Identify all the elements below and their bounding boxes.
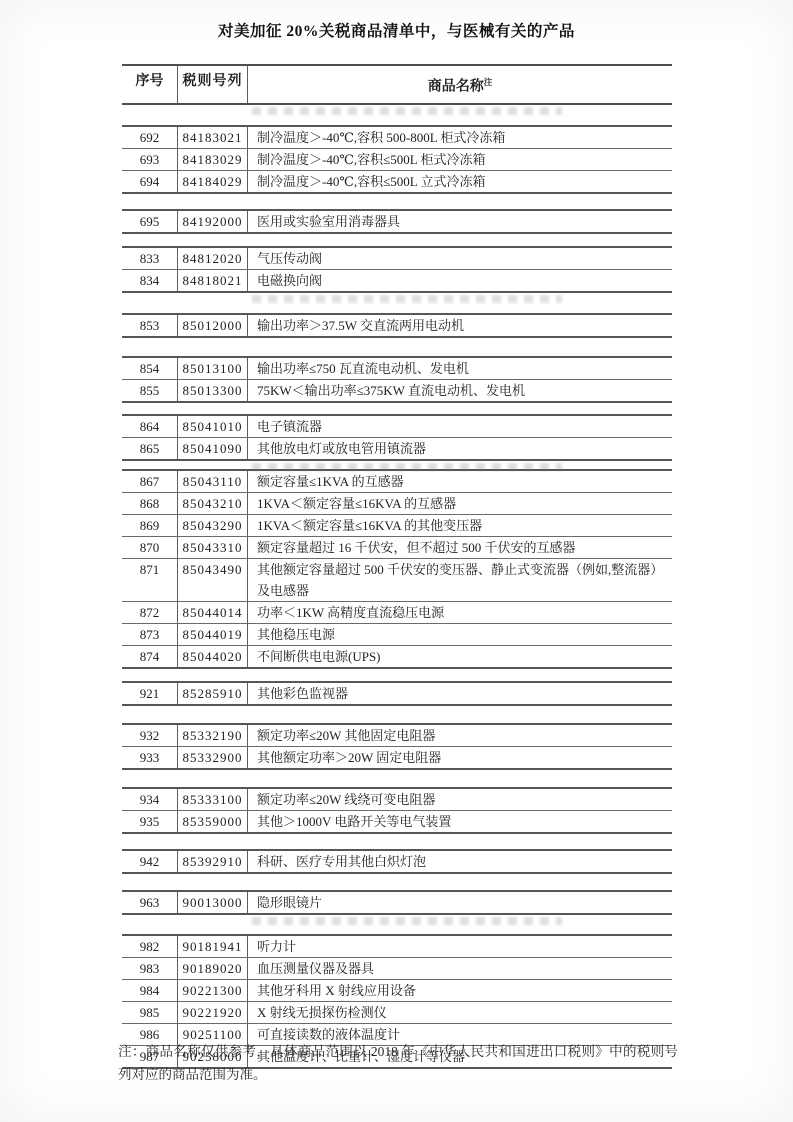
table-row: 85385012000输出功率＞37.5W 交直流两用电动机	[122, 315, 672, 336]
name-cell: 输出功率＞37.5W 交直流两用电动机	[248, 315, 672, 336]
seq-cell: 864	[122, 416, 178, 437]
code-cell: 90221920	[178, 1002, 248, 1023]
code-cell: 85333100	[178, 789, 248, 810]
seq-cell: 869	[122, 515, 178, 536]
faded-ghost-row	[252, 107, 562, 115]
footnote: 注：商品名称仅供参考，具体商品范围以 2018 年《中华人民共和国进出口税则》中…	[118, 1040, 678, 1086]
table-row: 86585041090其他放电灯或放电管用镇流器	[122, 437, 672, 459]
table-row: 94285392910科研、医疗专用其他白炽灯泡	[122, 851, 672, 872]
table-gap	[122, 105, 672, 125]
code-cell: 85043310	[178, 537, 248, 558]
table-row: 87385044019其他稳压电源	[122, 623, 672, 645]
name-cell: 不间断供电电源(UPS)	[248, 646, 672, 667]
table-gap	[122, 194, 672, 209]
table-row: 83484818021电磁换向阀	[122, 269, 672, 291]
seq-cell: 983	[122, 958, 178, 979]
seq-cell: 870	[122, 537, 178, 558]
name-cell: X 射线无损探伤检测仪	[248, 1002, 672, 1023]
name-cell: 其他＞1000V 电路开关等电气装置	[248, 811, 672, 832]
table-row: 69384183029制冷温度＞-40℃,容积≤500L 柜式冷冻箱	[122, 148, 672, 170]
header-name: 商品名称注	[248, 66, 672, 103]
code-cell: 85044019	[178, 624, 248, 645]
name-cell: 气压传动阀	[248, 248, 672, 269]
seq-cell: 934	[122, 789, 178, 810]
code-cell: 90013000	[178, 892, 248, 913]
table-gap	[122, 403, 672, 414]
table-row: 87185043490其他额定容量超过 500 千伏安的变压器、静止式变流器（例…	[122, 558, 672, 601]
name-cell: 电子镇流器	[248, 416, 672, 437]
table-row: 83384812020气压传动阀	[122, 248, 672, 269]
seq-cell: 833	[122, 248, 178, 269]
seq-cell: 692	[122, 127, 178, 148]
seq-cell: 963	[122, 892, 178, 913]
table-row: 87285044014功率＜1KW 高精度直流稳压电源	[122, 601, 672, 623]
faded-ghost-row	[252, 463, 562, 471]
code-cell: 85041010	[178, 416, 248, 437]
code-cell: 85044014	[178, 602, 248, 623]
table-block: 92185285910其他彩色监视器	[122, 681, 672, 706]
name-cell: 其他额定容量超过 500 千伏安的变压器、静止式变流器（例如,整流器）及电感器	[248, 559, 672, 601]
seq-cell: 874	[122, 646, 178, 667]
table-row: 98390189020血压测量仪器及器具	[122, 957, 672, 979]
seq-cell: 693	[122, 149, 178, 170]
table-header-row: 序号 税则号列 商品名称注	[122, 64, 672, 105]
name-cell: 制冷温度＞-40℃,容积 500-800L 柜式冷冻箱	[248, 127, 672, 148]
table-block: 69584192000医用或实验室用消毒器具	[122, 209, 672, 234]
table-row: 98490221300其他牙科用 X 射线应用设备	[122, 979, 672, 1001]
seq-cell: 695	[122, 211, 178, 232]
table-row: 868850432101KVA＜额定容量≤16KVA 的互感器	[122, 492, 672, 514]
table-row: 93285332190额定功率≤20W 其他固定电阻器	[122, 725, 672, 746]
table-gap	[122, 770, 672, 787]
header-seq: 序号	[122, 66, 178, 103]
table-row: 69284183021制冷温度＞-40℃,容积 500-800L 柜式冷冻箱	[122, 127, 672, 148]
code-cell: 85043290	[178, 515, 248, 536]
faded-ghost-row	[252, 295, 562, 303]
code-cell: 85332190	[178, 725, 248, 746]
seq-cell: 932	[122, 725, 178, 746]
code-cell: 85013100	[178, 358, 248, 379]
table-row: 98290181941听力计	[122, 936, 672, 957]
code-cell: 85043110	[178, 471, 248, 492]
code-cell: 90189020	[178, 958, 248, 979]
name-cell: 医用或实验室用消毒器具	[248, 211, 672, 232]
code-cell: 85012000	[178, 315, 248, 336]
seq-cell: 873	[122, 624, 178, 645]
table-row: 98590221920X 射线无损探伤检测仪	[122, 1001, 672, 1023]
table-block: 86785043110额定容量≤1KVA 的互感器868850432101KVA…	[122, 469, 672, 669]
seq-cell: 872	[122, 602, 178, 623]
table-block: 93285332190额定功率≤20W 其他固定电阻器93385332900其他…	[122, 723, 672, 770]
table-gap	[122, 234, 672, 246]
seq-cell: 854	[122, 358, 178, 379]
code-cell: 90221300	[178, 980, 248, 1001]
table-gap	[122, 293, 672, 313]
table-row: 87085043310额定容量超过 16 千伏安，但不超过 500 千伏安的互感…	[122, 536, 672, 558]
code-cell: 84183029	[178, 149, 248, 170]
code-cell: 90181941	[178, 936, 248, 957]
table-block: 94285392910科研、医疗专用其他白炽灯泡	[122, 849, 672, 874]
seq-cell: 871	[122, 559, 178, 601]
code-cell: 85359000	[178, 811, 248, 832]
seq-cell: 867	[122, 471, 178, 492]
faded-ghost-row	[252, 917, 562, 925]
table-gap	[122, 874, 672, 890]
seq-cell: 694	[122, 171, 178, 192]
page-title: 对美加征 20%关税商品清单中，与医械有关的产品	[0, 19, 793, 41]
name-cell: 血压测量仪器及器具	[248, 958, 672, 979]
code-cell: 84183021	[178, 127, 248, 148]
table-gap	[122, 461, 672, 469]
header-note-superscript: 注	[484, 77, 493, 87]
name-cell: 制冷温度＞-40℃,容积≤500L 柜式冷冻箱	[248, 149, 672, 170]
name-cell: 其他牙科用 X 射线应用设备	[248, 980, 672, 1001]
table-row: 8558501330075KW＜输出功率≤375KW 直流电动机、发电机	[122, 379, 672, 401]
table-gap	[122, 338, 672, 356]
table-block: 83384812020气压传动阀83484818021电磁换向阀	[122, 246, 672, 293]
table-row: 86785043110额定容量≤1KVA 的互感器	[122, 471, 672, 492]
table-row: 93585359000其他＞1000V 电路开关等电气装置	[122, 810, 672, 832]
table-block: 96390013000隐形眼镜片	[122, 890, 672, 915]
name-cell: 隐形眼镜片	[248, 892, 672, 913]
seq-cell: 921	[122, 683, 178, 704]
code-cell: 85392910	[178, 851, 248, 872]
seq-cell: 985	[122, 1002, 178, 1023]
table-block: 69284183021制冷温度＞-40℃,容积 500-800L 柜式冷冻箱69…	[122, 125, 672, 194]
table-row: 93385332900其他额定功率＞20W 固定电阻器	[122, 746, 672, 768]
code-cell: 84184029	[178, 171, 248, 192]
code-cell: 85044020	[178, 646, 248, 667]
seq-cell: 982	[122, 936, 178, 957]
name-cell: 电磁换向阀	[248, 270, 672, 291]
code-cell: 85013300	[178, 380, 248, 401]
table-gap	[122, 669, 672, 681]
table-block: 93485333100额定功率≤20W 线绕可变电阻器93585359000其他…	[122, 787, 672, 834]
table-block: 85485013100输出功率≤750 瓦直流电动机、发电机8558501330…	[122, 356, 672, 403]
table-row: 96390013000隐形眼镜片	[122, 892, 672, 913]
seq-cell: 942	[122, 851, 178, 872]
name-cell: 额定功率≤20W 线绕可变电阻器	[248, 789, 672, 810]
name-cell: 额定容量超过 16 千伏安，但不超过 500 千伏安的互感器	[248, 537, 672, 558]
name-cell: 额定功率≤20W 其他固定电阻器	[248, 725, 672, 746]
table-row: 92185285910其他彩色监视器	[122, 683, 672, 704]
name-cell: 其他额定功率＞20W 固定电阻器	[248, 747, 672, 768]
table-row: 93485333100额定功率≤20W 线绕可变电阻器	[122, 789, 672, 810]
code-cell: 85043490	[178, 559, 248, 601]
seq-cell: 865	[122, 438, 178, 459]
header-code: 税则号列	[178, 66, 248, 103]
table-row: 86485041010电子镇流器	[122, 416, 672, 437]
table-gap	[122, 834, 672, 849]
seq-cell: 933	[122, 747, 178, 768]
name-cell: 科研、医疗专用其他白炽灯泡	[248, 851, 672, 872]
code-cell: 84812020	[178, 248, 248, 269]
table-block: 85385012000输出功率＞37.5W 交直流两用电动机	[122, 313, 672, 338]
name-cell: 输出功率≤750 瓦直流电动机、发电机	[248, 358, 672, 379]
seq-cell: 834	[122, 270, 178, 291]
seq-cell: 853	[122, 315, 178, 336]
code-cell: 85041090	[178, 438, 248, 459]
table-row: 869850432901KVA＜额定容量≤16KVA 的其他变压器	[122, 514, 672, 536]
code-cell: 85285910	[178, 683, 248, 704]
name-cell: 75KW＜输出功率≤375KW 直流电动机、发电机	[248, 380, 672, 401]
seq-cell: 855	[122, 380, 178, 401]
code-cell: 85043210	[178, 493, 248, 514]
table-row: 69584192000医用或实验室用消毒器具	[122, 211, 672, 232]
name-cell: 制冷温度＞-40℃,容积≤500L 立式冷冻箱	[248, 171, 672, 192]
table-block: 86485041010电子镇流器86585041090其他放电灯或放电管用镇流器	[122, 414, 672, 461]
document-page: 对美加征 20%关税商品清单中，与医械有关的产品 序号 税则号列 商品名称注 6…	[0, 0, 793, 1122]
seq-cell: 984	[122, 980, 178, 1001]
name-cell: 其他稳压电源	[248, 624, 672, 645]
name-cell: 1KVA＜额定容量≤16KVA 的互感器	[248, 493, 672, 514]
tariff-table: 序号 税则号列 商品名称注 69284183021制冷温度＞-40℃,容积 50…	[122, 64, 672, 1069]
table-row: 69484184029制冷温度＞-40℃,容积≤500L 立式冷冻箱	[122, 170, 672, 192]
table-row: 87485044020不间断供电电源(UPS)	[122, 645, 672, 667]
name-cell: 其他彩色监视器	[248, 683, 672, 704]
header-name-label: 商品名称	[428, 80, 484, 95]
name-cell: 功率＜1KW 高精度直流稳压电源	[248, 602, 672, 623]
name-cell: 1KVA＜额定容量≤16KVA 的其他变压器	[248, 515, 672, 536]
seq-cell: 868	[122, 493, 178, 514]
table-row: 85485013100输出功率≤750 瓦直流电动机、发电机	[122, 358, 672, 379]
seq-cell: 935	[122, 811, 178, 832]
code-cell: 84192000	[178, 211, 248, 232]
table-gap	[122, 706, 672, 723]
name-cell: 听力计	[248, 936, 672, 957]
table-gap	[122, 915, 672, 934]
name-cell: 额定容量≤1KVA 的互感器	[248, 471, 672, 492]
name-cell: 其他放电灯或放电管用镇流器	[248, 438, 672, 459]
code-cell: 85332900	[178, 747, 248, 768]
code-cell: 84818021	[178, 270, 248, 291]
